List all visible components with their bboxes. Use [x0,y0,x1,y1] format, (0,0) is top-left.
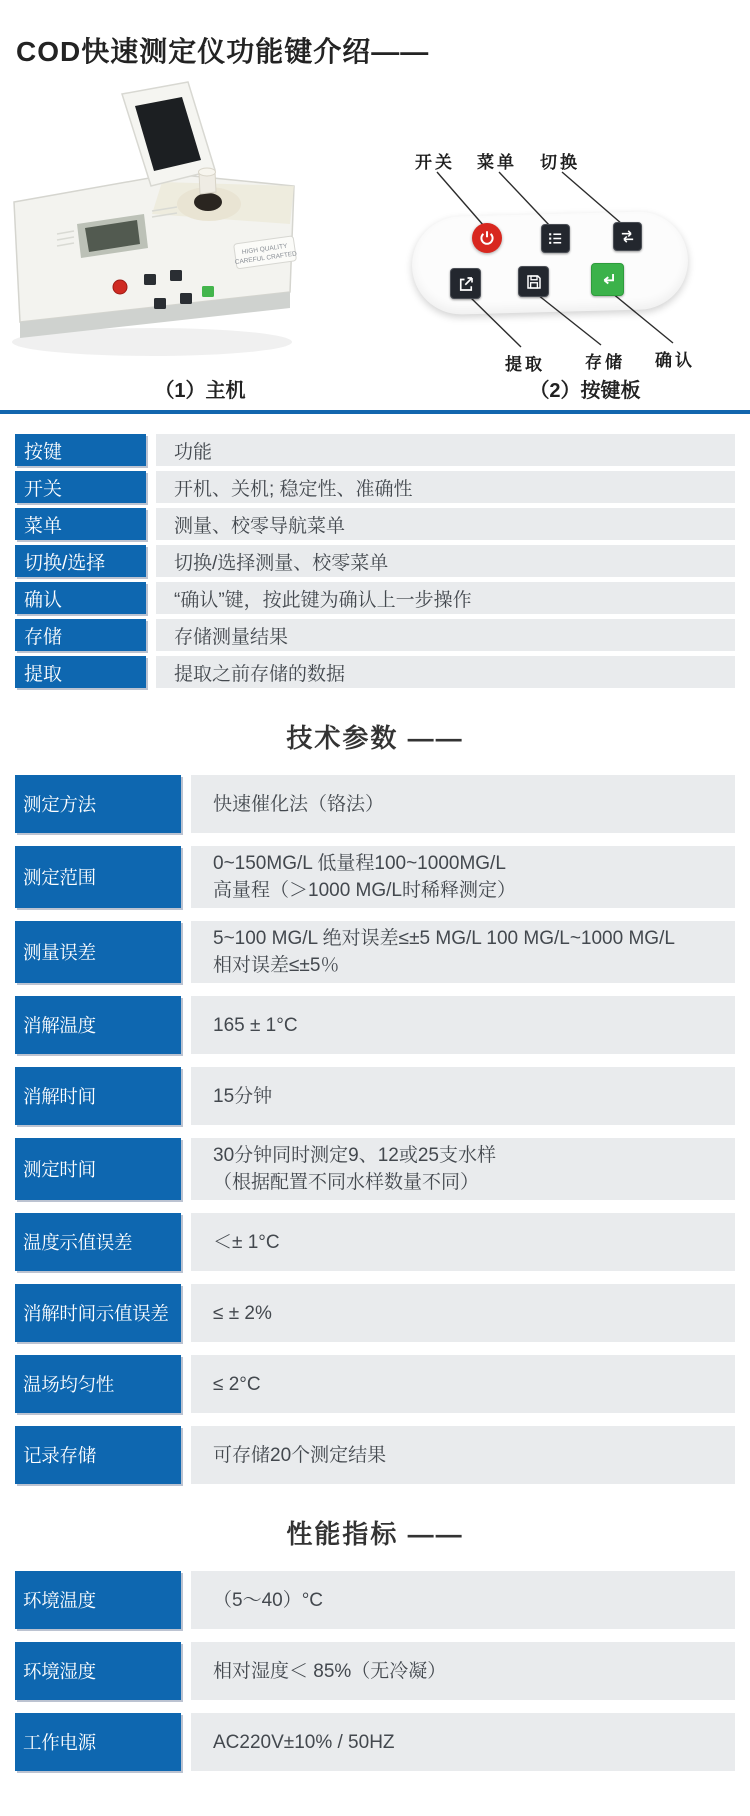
table-row: 切换/选择 切换/选择测量、校零菜单 [15,545,735,577]
keypad-caption: （2）按键板 [495,374,675,403]
row-value: “确认”键，按此键为确认上一步操作 [156,582,735,614]
row-value: 快速催化法（铬法） [191,775,735,833]
row-value: 0~150MG/L 低量程100~1000MG/L 高量程（＞1000 MG/L… [191,846,735,908]
export-arrow-icon [457,275,475,293]
row-value: 测量、校零导航菜单 [156,508,735,540]
row-value: ≤ 2°C [191,1355,735,1413]
store-button [518,266,549,297]
row-value: 功能 [156,434,735,466]
table-row: 消解温度 165 ± 1°C [15,996,735,1054]
menu-icon [547,230,564,247]
table-row: 菜单 测量、校零导航菜单 [15,508,735,540]
sample-port [194,193,222,211]
table-row: 消解时间示值误差 ≤ ± 2% [15,1284,735,1342]
row-label: 开关 [15,471,146,503]
row-label: 存储 [15,619,146,651]
row-label: 测定方法 [15,775,181,833]
device-confirm-key [202,286,214,297]
tech-params-title: 技术参数 —— [0,718,750,755]
row-label: 菜单 [15,508,146,540]
page-title: COD快速测定仪功能键介绍—— [16,30,750,70]
figures: HIGH QUALITY CAREFUL CRAFTED 开关 菜单 切换 提取… [0,76,750,408]
row-label: 环境温度 [15,1571,181,1629]
keypad-label-store: 存储 [573,348,637,373]
row-label: 消解时间 [15,1067,181,1125]
row-label: 确认 [15,582,146,614]
enter-arrow-icon [598,270,617,289]
table-row: 环境温度 （5～40）°C [15,1571,735,1629]
keypad-label-power: 开关 [403,148,467,173]
table-row: 提取 提取之前存储的数据 [15,656,735,688]
confirm-button [591,263,624,296]
row-label: 消解时间示值误差 [15,1284,181,1342]
table-row: 存储 存储测量结果 [15,619,735,651]
menu-button [541,224,570,253]
row-value: 30分钟同时测定9、12或25支水样 （根据配置不同水样数量不同） [191,1138,735,1200]
device-power-button [113,280,127,294]
table-row: 开关 开机、关机; 稳定性、准确性 [15,471,735,503]
row-label: 温场均匀性 [15,1355,181,1413]
table-row: 确认 “确认”键，按此键为确认上一步操作 [15,582,735,614]
row-label: 工作电源 [15,1713,181,1771]
table-row: 测量误差 5~100 MG/L 绝对误差≤±5 MG/L 100 MG/L~10… [15,921,735,983]
row-label: 测定范围 [15,846,181,908]
table-row: 温度示值误差 ＜± 1°C [15,1213,735,1271]
performance-title: 性能指标 —— [0,1514,750,1551]
row-label: 环境湿度 [15,1642,181,1700]
table-row: 消解时间 15分钟 [15,1067,735,1125]
keypad-label-menu: 菜单 [465,148,529,173]
switch-icon [619,228,636,245]
table-row: 测定方法 快速催化法（铬法） [15,775,735,833]
blue-divider [0,410,750,414]
table-row: 按键 功能 [15,434,735,466]
row-value: ≤ ± 2% [191,1284,735,1342]
row-label: 温度示值误差 [15,1213,181,1271]
power-button [472,223,502,253]
row-label: 消解温度 [15,996,181,1054]
table-row: 记录存储 可存储20个测定结果 [15,1426,735,1484]
row-value: 15分钟 [191,1067,735,1125]
device-caption: （1）主机 [110,374,290,403]
keypad-label-confirm: 确认 [643,346,707,371]
table-row: 工作电源 AC220V±10% / 50HZ [15,1713,735,1771]
table-row: 测定时间 30分钟同时测定9、12或25支水样 （根据配置不同水样数量不同） [15,1138,735,1200]
row-value: AC220V±10% / 50HZ [191,1713,735,1771]
retrieve-button [450,268,481,299]
row-label: 记录存储 [15,1426,181,1484]
table-row: 温场均匀性 ≤ 2°C [15,1355,735,1413]
keypad-label-switch: 切换 [528,148,592,173]
row-label: 切换/选择 [15,545,146,577]
row-value: ＜± 1°C [191,1213,735,1271]
switch-button [613,222,642,251]
row-value: 可存储20个测定结果 [191,1426,735,1484]
row-value: 开机、关机; 稳定性、准确性 [156,471,735,503]
row-label: 测量误差 [15,921,181,983]
row-label: 提取 [15,656,146,688]
main-unit-photo: HIGH QUALITY CAREFUL CRAFTED [2,74,307,369]
table-row: 测定范围 0~150MG/L 低量程100~1000MG/L 高量程（＞1000… [15,846,735,908]
row-label: 按键 [15,434,146,466]
function-key-table: 按键 功能 开关 开机、关机; 稳定性、准确性 菜单 测量、校零导航菜单 切换/… [15,434,735,688]
row-value: 相对湿度＜ 85%（无冷凝） [191,1642,735,1700]
table-row: 环境湿度 相对湿度＜ 85%（无冷凝） [15,1642,735,1700]
row-value: 5~100 MG/L 绝对误差≤±5 MG/L 100 MG/L~1000 MG… [191,921,735,983]
keypad-label-retrieve: 提取 [493,350,557,375]
power-icon [478,229,496,247]
row-value: 提取之前存储的数据 [156,656,735,688]
row-value: 存储测量结果 [156,619,735,651]
row-label: 测定时间 [15,1138,181,1200]
performance-table: 环境温度 （5～40）°C 环境湿度 相对湿度＜ 85%（无冷凝） 工作电源 A… [15,1571,735,1771]
floppy-disk-icon [525,273,543,291]
tech-params-table: 测定方法 快速催化法（铬法） 测定范围 0~150MG/L 低量程100~100… [15,775,735,1484]
row-value: 165 ± 1°C [191,996,735,1054]
row-value: （5～40）°C [191,1571,735,1629]
row-value: 切换/选择测量、校零菜单 [156,545,735,577]
